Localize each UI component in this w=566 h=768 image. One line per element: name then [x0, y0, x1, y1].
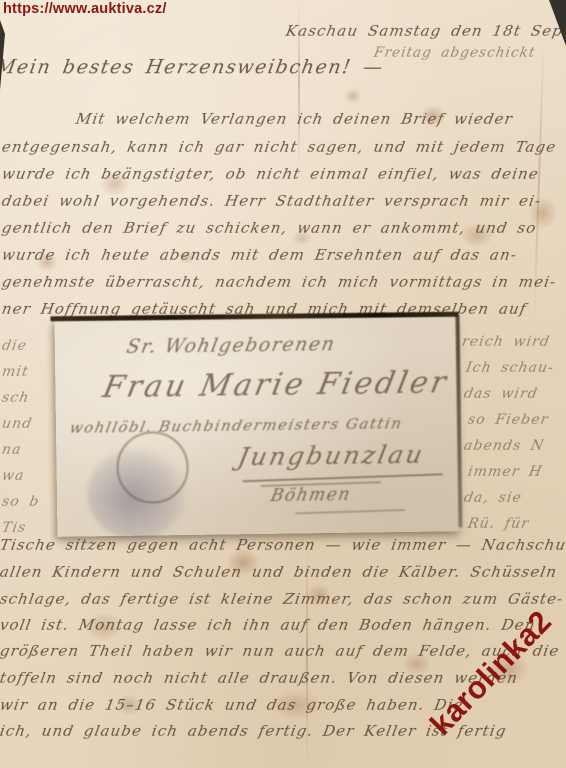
letter-line-fragment: wa	[1, 468, 26, 484]
envelope-address-occupation: wohllöbl. Buchbindermeisters Gattin	[68, 414, 404, 437]
letter-line-fragment: mit	[1, 364, 31, 380]
envelope-address-name: Frau Marie Fiedler	[100, 365, 452, 405]
letter-line-fragment: das wird	[463, 386, 540, 402]
letter-line-fragment: abends N	[463, 438, 546, 454]
letter-line: Mit welchem Verlangen ich deinen Brief w…	[74, 110, 514, 128]
letter-line-fragment: reich wird	[461, 334, 552, 350]
letter-line-fragment: sch	[1, 390, 31, 406]
region-underline-flourish	[295, 509, 405, 514]
letter-line: voll ist. Montag lasse ich ihn auf den B…	[0, 616, 537, 634]
scanned-letter-photo: Kaschau Samstag den 18t September Freita…	[0, 0, 566, 768]
letter-line: entgegensah, kann ich gar nicht sagen, u…	[0, 138, 558, 156]
letter-line-fragment: und	[1, 416, 34, 432]
letter-line: wir an die 15–16 Stück und das große hab…	[0, 696, 465, 714]
salutation: Mein bestes Herzensweibchen! —	[0, 56, 386, 78]
envelope: Sr. Wohlgeborenen Frau Marie Fiedler woh…	[55, 315, 460, 537]
letter-line-fragment: Rü. für	[467, 516, 531, 532]
letter-line-fragment: so Fieber	[467, 412, 550, 428]
envelope-address-honorific: Sr. Wohlgeborenen	[125, 333, 338, 358]
letter-line-fragment: immer H	[467, 464, 544, 480]
letter-line-fragment: die	[1, 338, 29, 354]
letter-line: dabei wohl vorgehends. Herr Stadthalter …	[0, 192, 542, 210]
dateline-line-2: Freitag abgeschickt	[373, 45, 537, 61]
letter-line: wurde ich beängstigter, ob nicht einmal …	[0, 165, 540, 183]
letter-line-fragment: so b	[1, 494, 41, 510]
letter-line: Tische sitzen gegen acht Personen — wie …	[0, 536, 566, 554]
envelope-address-region: Böhmen	[269, 485, 353, 506]
letter-line: schlage, das fertige ist kleine Zimmer, …	[0, 590, 565, 608]
letter-line: wurde ich heute abends mit dem Ersehnten…	[0, 246, 518, 264]
letter-line-fragment: na	[1, 442, 23, 458]
envelope-address-city: Jungbunzlau	[236, 440, 428, 472]
letter-line: allen Kindern und Schulen und binden die…	[0, 563, 559, 581]
auktiva-url-overlay: https://www.auktiva.cz/	[3, 1, 167, 17]
letter-line-fragment: da, sie	[463, 490, 524, 506]
letter-line-fragment: Tis	[1, 520, 28, 536]
dateline-line-1: Kaschau Samstag den 18t September	[284, 22, 566, 40]
letter-line: toffeln sind noch nicht alle draußen. Vo…	[0, 669, 520, 687]
letter-line-fragment: Ich schau-	[465, 360, 556, 376]
letter-line: genehmste überrascht, nachdem ich mich v…	[0, 273, 557, 291]
letter-line: gentlich den Brief zu schicken, wann er …	[0, 219, 538, 237]
city-underline-flourish	[243, 473, 443, 482]
